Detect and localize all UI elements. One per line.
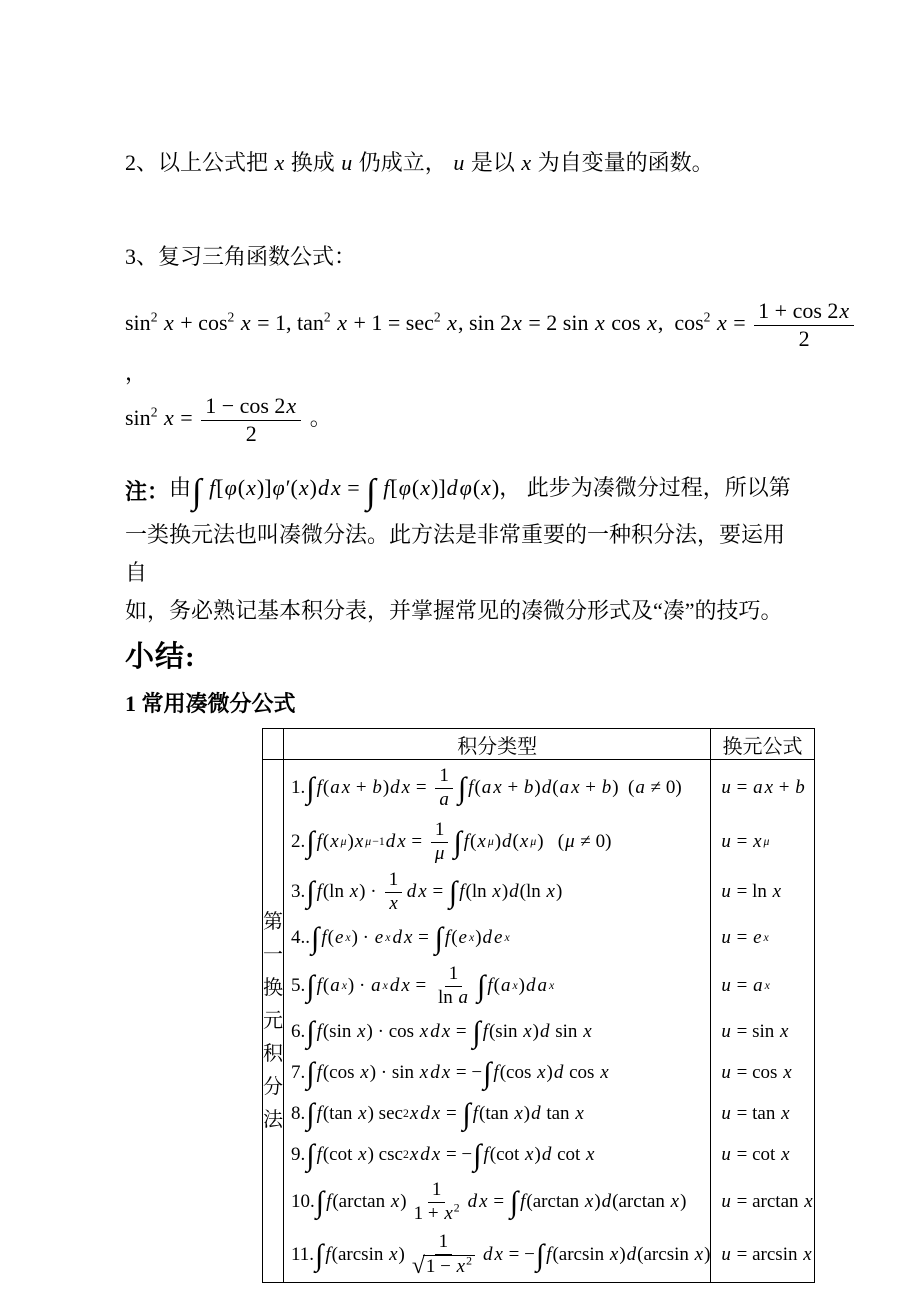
- side-label-cell: 第一换元积分法: [263, 760, 284, 1283]
- formula-cell: 3.∫ f(ln x) · 1xdx = ∫ f(ln x)d(ln x): [284, 868, 710, 916]
- substitution-cell: u = ax: [711, 960, 813, 1012]
- formula-cell: 1.∫ f(ax + b)dx = 1a∫ f(ax + b)d(ax + b)…: [284, 760, 710, 816]
- half-angle-formula: sin2 x = 1 − cos 2x2 。: [125, 393, 332, 447]
- summary-heading: 小结:: [125, 634, 795, 675]
- side-label-char: 积: [263, 1038, 283, 1071]
- formula-cell: 8.∫ f(tan x) sec2 xdx = ∫ f(tan x)d tan …: [284, 1094, 710, 1134]
- formula-table: 积分类型 换元公式 第一换元积分法 1.∫ f(ax + b)dx = 1a∫ …: [262, 728, 815, 1283]
- formula-cell: 2.∫ f(xμ)xμ−1dx = 1μ∫ f(xμ)d(xμ) (μ ≠ 0): [284, 816, 710, 868]
- formula-column: 1.∫ f(ax + b)dx = 1a∫ f(ax + b)d(ax + b)…: [284, 760, 711, 1283]
- trig-identities-formula: sin2 x + cos2 x = 1, tan2 x + 1 = sec2 x…: [125, 298, 857, 352]
- formula-cell: 10.∫ f(arctan x)11 + x2 dx = ∫ f(arctan …: [284, 1176, 710, 1228]
- substitution-cell: u = arctan x: [711, 1176, 813, 1228]
- table-header-type: 积分类型: [284, 729, 711, 760]
- substitution-cell: u = arcsin x: [711, 1228, 813, 1282]
- substitution-column: u = ax + bu = xμu = ln xu = exu = axu = …: [711, 760, 814, 1283]
- note-line-2: 一类换元法也叫凑微分法。此方法是非常重要的一种积分法，要运用自: [125, 516, 795, 592]
- paragraph-3: 3、复习三角函数公式：: [125, 242, 795, 272]
- formula-cell: 9.∫ f(cot x) csc2 xdx = −∫ f(cot x)d cot…: [284, 1134, 710, 1176]
- formula-cell: 11.∫ f(arcsin x)1√1 − x2 dx = −∫ f(arcsi…: [284, 1228, 710, 1282]
- table-header-substitution: 换元公式: [711, 729, 814, 760]
- substitution-cell: u = xμ: [711, 816, 813, 868]
- substitution-cell: u = tan x: [711, 1094, 813, 1134]
- formula-cell: 5.∫ f(ax) · axdx = 1ln a∫ f(ax)dax: [284, 960, 710, 1012]
- comma-continuation: ，: [125, 356, 795, 384]
- note-line-3: 如，务必熟记基本积分表，并掌握常见的凑微分形式及“凑”的技巧。: [125, 592, 795, 630]
- substitution-cell: u = cot x: [711, 1134, 813, 1176]
- side-label-char: 分: [263, 1071, 283, 1104]
- formula-cell: 4..∫ f(ex) · exdx = ∫ f(ex)dex: [284, 916, 710, 960]
- formula-cell: 6.∫ f(sin x) · cos xdx = ∫ f(sin x)d sin…: [284, 1012, 710, 1052]
- side-label-char: 第: [263, 906, 283, 939]
- side-label-char: 换: [263, 972, 283, 1005]
- substitution-cell: u = cos x: [711, 1052, 813, 1094]
- note-formula-line: 由∫ f[φ(x)]φ′(x)dx = ∫ f[φ(x)]dφ(x)， 此步为凑…: [169, 471, 791, 509]
- formula-cell: 7.∫ f(cos x) · sin xdx = −∫ f(cos x)d co…: [284, 1052, 710, 1094]
- document-page: 2、以上公式把 x 换成 u 仍成立， u 是以 x 为自变量的函数。 3、复习…: [0, 0, 920, 1283]
- side-label-char: 法: [263, 1104, 283, 1137]
- note-paragraph: 注：由∫ f[φ(x)]φ′(x)dx = ∫ f[φ(x)]dφ(x)， 此步…: [125, 464, 795, 630]
- substitution-cell: u = sin x: [711, 1012, 813, 1052]
- substitution-cell: u = ex: [711, 916, 813, 960]
- side-label-char: 元: [263, 1005, 283, 1038]
- table-header-empty-cell: [263, 729, 284, 760]
- table-title: 1 常用凑微分公式: [125, 687, 795, 718]
- paragraph-2: 2、以上公式把 x 换成 u 仍成立， u 是以 x 为自变量的函数。: [125, 148, 795, 178]
- substitution-cell: u = ax + b: [711, 760, 813, 816]
- substitution-cell: u = ln x: [711, 868, 813, 916]
- side-label-char: 一: [263, 939, 283, 972]
- note-label: 注：: [125, 475, 169, 506]
